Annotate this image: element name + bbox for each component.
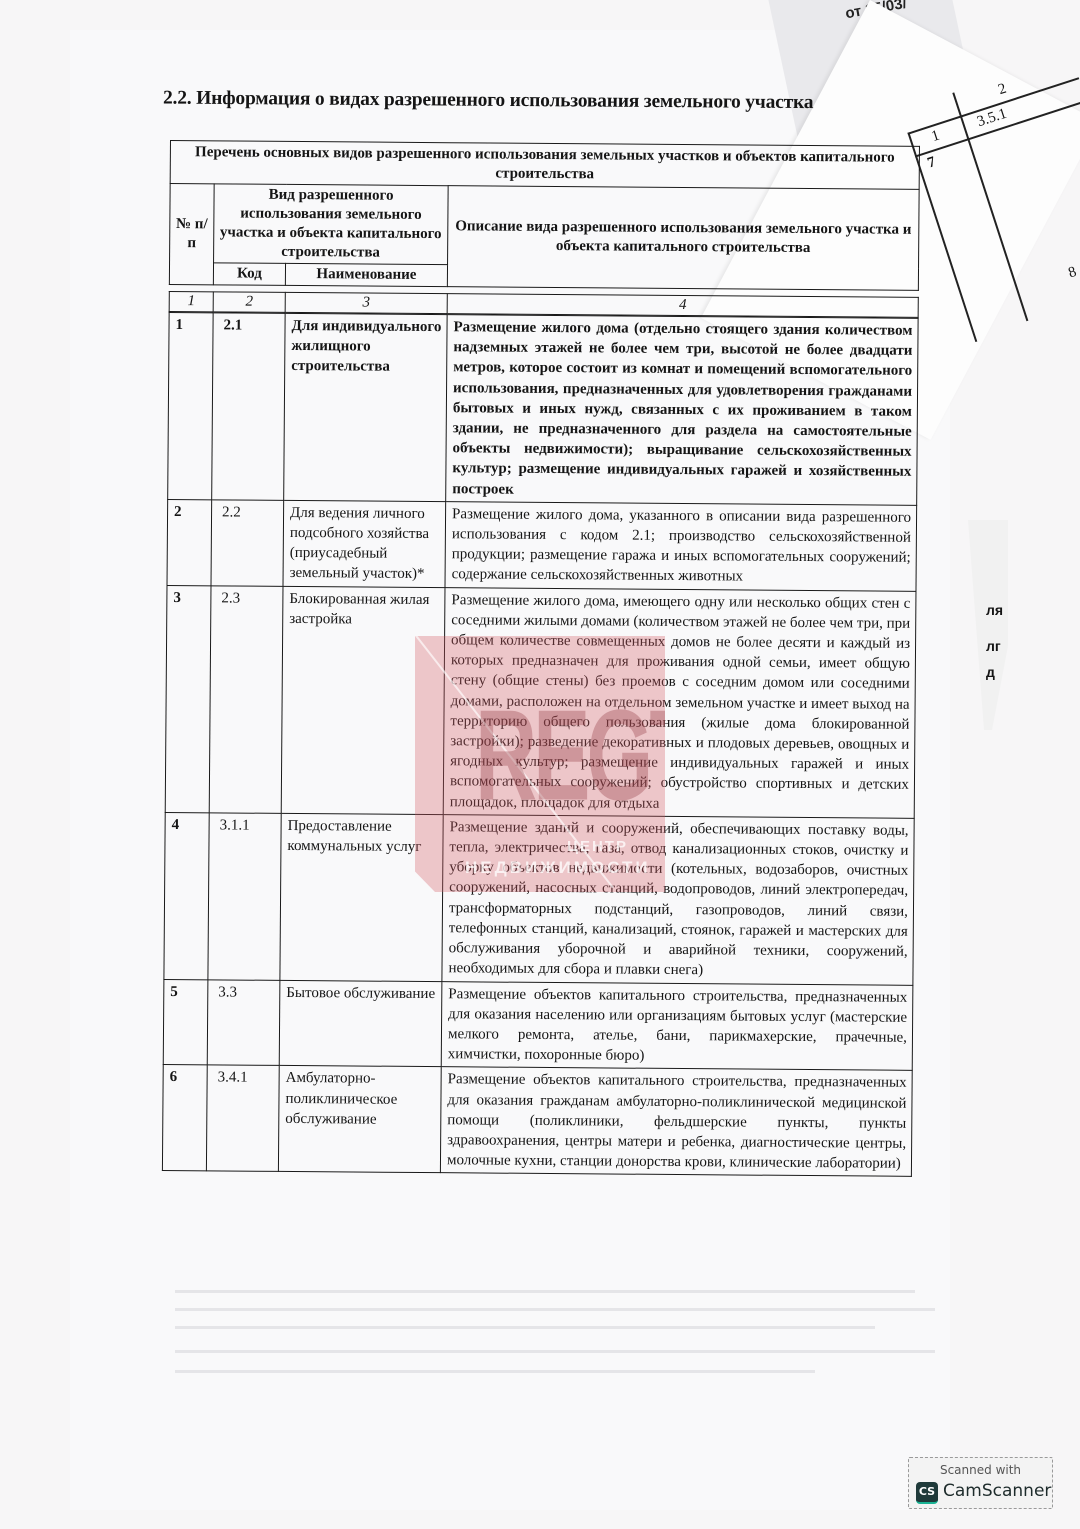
column-number: 3 bbox=[285, 292, 447, 313]
bleed-through-line bbox=[175, 1326, 875, 1329]
row-number: 3 bbox=[165, 585, 211, 813]
header-name: Наименование bbox=[285, 263, 447, 286]
table-caption: Перечень основных видов разрешенного исп… bbox=[170, 141, 919, 190]
table-row: 1 2.1 Для индивидуального жилищного стро… bbox=[168, 312, 918, 505]
header-code: Код bbox=[213, 263, 285, 286]
row-name: Блокированная жилая застройка bbox=[281, 586, 445, 814]
scanned-with-label: Scanned with bbox=[909, 1463, 1052, 1477]
row-number: 2 bbox=[167, 499, 212, 585]
row-name: Амбулаторно-поликлиническое обслуживание bbox=[278, 1066, 441, 1173]
row-name: Для индивидуального жилищного строительс… bbox=[284, 313, 447, 501]
row-name: Предоставление коммунальных услуг bbox=[280, 813, 443, 981]
row-description: Размещение жилого дома, имеющего одну ил… bbox=[443, 587, 916, 818]
camscanner-badge: Scanned with CS CamScanner bbox=[908, 1457, 1053, 1509]
row-description: Размещение жилого дома, указанного в опи… bbox=[445, 502, 917, 592]
column-number: 1 bbox=[169, 291, 213, 311]
camscanner-brand: CamScanner bbox=[943, 1481, 1051, 1501]
background-col-2: 2 bbox=[996, 81, 1008, 99]
table-body: 1 2.1 Для индивидуального жилищного стро… bbox=[162, 312, 919, 1177]
header-kind-group: Вид разрешенного использования земельног… bbox=[214, 184, 449, 265]
header-number: № п/п bbox=[169, 184, 214, 285]
row-code: 2.2 bbox=[211, 500, 284, 586]
table-row: 4 3.1.1 Предоставление коммунальных услу… bbox=[164, 812, 914, 985]
bleed-through-line bbox=[175, 1350, 935, 1353]
bleed-through-line bbox=[175, 1370, 815, 1373]
background-col-1: 1 bbox=[930, 128, 942, 146]
table-header: Перечень основных видов разрешенного исп… bbox=[169, 140, 920, 291]
row-number: 4 bbox=[164, 812, 209, 979]
row-code: 2.3 bbox=[209, 585, 283, 813]
row-code: 3.3 bbox=[207, 979, 280, 1065]
row-code: 3.1.1 bbox=[208, 813, 281, 980]
background-next-row-no: 8 bbox=[1066, 264, 1078, 282]
row-name: Бытовое обслуживание bbox=[279, 980, 442, 1067]
camscanner-logo-icon: CS bbox=[916, 1482, 938, 1504]
row-description: Размещение зданий и сооружений, обеспечи… bbox=[442, 815, 914, 985]
row-code: 2.1 bbox=[212, 313, 285, 500]
row-description: Размещение объектов капитального строите… bbox=[441, 981, 913, 1071]
row-description: Размещение объектов капитального строите… bbox=[440, 1067, 912, 1177]
table-row: 2 2.2 Для ведения личного подсобного хоз… bbox=[167, 499, 917, 591]
column-number: 2 bbox=[213, 292, 285, 313]
header-description: Описание вида разрешенного использования… bbox=[447, 186, 919, 291]
row-name: Для ведения личного подсобного хозяйства… bbox=[283, 500, 446, 587]
row-number: 6 bbox=[162, 1065, 207, 1171]
bleed-through-line bbox=[175, 1308, 935, 1311]
table-row: 5 3.3 Бытовое обслуживание Размещение об… bbox=[163, 979, 913, 1071]
row-number: 5 bbox=[163, 979, 208, 1065]
background-page-sliver: ля лг д bbox=[968, 520, 1008, 730]
row-description: Размещение жилого дома (отдельно стоящег… bbox=[446, 315, 918, 506]
bleed-through-line bbox=[175, 1290, 915, 1293]
permitted-use-table: Перечень основных видов разрешенного исп… bbox=[162, 140, 920, 1177]
row-number: 1 bbox=[168, 312, 213, 499]
table-row: 3 2.3 Блокированная жилая застройка Разм… bbox=[165, 585, 916, 818]
table-row: 6 3.4.1 Амбулаторно-поликлиническое обсл… bbox=[162, 1065, 912, 1177]
background-row-no: 7 bbox=[926, 154, 938, 172]
row-code: 3.4.1 bbox=[206, 1065, 279, 1172]
